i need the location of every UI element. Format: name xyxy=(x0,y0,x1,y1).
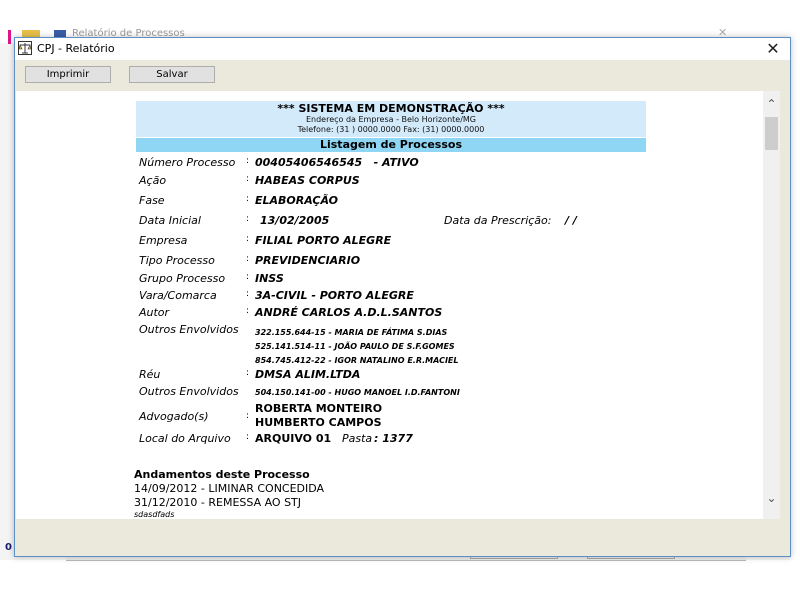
field-value-local: ARQUIVO 01 xyxy=(255,432,331,445)
lawyer-name: ROBERTA MONTEIRO xyxy=(255,402,382,416)
field-colon: : xyxy=(246,234,249,244)
field-label-prescricao: Data da Prescrição: xyxy=(444,214,552,227)
involved-party: 525.141.514-11 - JOÃO PAULO DE S.F.GOMES xyxy=(255,340,458,354)
background-marker xyxy=(8,30,11,44)
field-label-pasta: Pasta xyxy=(342,432,372,445)
field-colon: : xyxy=(246,432,249,442)
field-value-grupo: INSS xyxy=(255,272,284,285)
field-value-autor: ANDRÉ CARLOS A.D.L.SANTOS xyxy=(255,306,442,319)
field-label: Réu xyxy=(139,368,160,381)
field-colon: : xyxy=(246,411,249,421)
field-label: Ação xyxy=(139,174,166,187)
dialog-titlebar[interactable]: CPJ - Relatório ✕ xyxy=(15,38,790,60)
involved-party: 504.150.141-00 - HUGO MANOEL I.D.FANTONI xyxy=(255,388,460,397)
field-value-data-inicial: 13/02/2005 xyxy=(260,214,329,227)
field-value-outros-autor: 322.155.644-15 - MARIA DE FÁTIMA S.DIAS … xyxy=(255,326,458,368)
andamento-note: sdasdfads xyxy=(134,510,324,519)
field-value-fase: ELABORAÇÃO xyxy=(255,194,338,207)
field-label: Outros Envolvidos xyxy=(139,385,239,398)
field-row-empresa: Empresa : FILIAL PORTO ALEGRE xyxy=(136,234,646,254)
andamentos-section: Andamentos deste Processo 14/09/2012 - L… xyxy=(134,468,324,519)
field-label: Tipo Processo xyxy=(139,254,215,267)
field-value-prescricao: / / xyxy=(565,214,577,227)
field-label: Empresa xyxy=(139,234,187,247)
field-label: Advogado(s) xyxy=(139,410,209,423)
scroll-thumb[interactable] xyxy=(765,117,778,150)
field-row-advogados: Advogado(s) : ROBERTA MONTEIRO HUMBERTO … xyxy=(136,402,646,432)
report-title: *** SISTEMA EM DEMONSTRAÇÃO *** xyxy=(136,102,646,115)
print-button[interactable]: Imprimir xyxy=(25,66,111,83)
background-status: 0 xyxy=(5,542,12,553)
field-row-data-inicial: Data Inicial : 13/02/2005 Data da Prescr… xyxy=(136,214,646,234)
report-dialog: CPJ - Relatório ✕ Imprimir Salvar *** SI… xyxy=(14,37,791,557)
field-label: Local do Arquivo xyxy=(139,432,231,445)
field-colon: : xyxy=(246,368,249,378)
field-row-grupo: Grupo Processo : INSS xyxy=(136,272,646,289)
field-label: Data Inicial xyxy=(139,214,201,227)
field-row-tipo: Tipo Processo : PREVIDENCIARIO xyxy=(136,254,646,272)
process-fields: Número Processo : 00405406546545 - ATIVO… xyxy=(136,154,646,452)
field-label: Grupo Processo xyxy=(139,272,225,285)
lawyer-name: HUMBERTO CAMPOS xyxy=(255,416,382,430)
field-colon: : xyxy=(246,194,249,204)
field-label: Autor xyxy=(139,306,169,319)
involved-party: 322.155.644-15 - MARIA DE FÁTIMA S.DIAS xyxy=(255,326,458,340)
field-colon: : xyxy=(246,174,249,184)
scroll-down-icon[interactable]: ⌄ xyxy=(763,491,780,505)
field-row-reu: Réu : DMSA ALIM.LTDA xyxy=(136,368,646,385)
involved-party: 854.745.412-22 - IGOR NATALINO E.R.MACIE… xyxy=(255,354,458,368)
field-value-vara: 3A-CIVIL - PORTO ALEGRE xyxy=(255,289,414,302)
company-address: Endereço da Empresa - Belo Horizonte/MG xyxy=(136,115,646,125)
company-phone: Telefone: (31 ) 0000.0000 Fax: (31) 0000… xyxy=(136,125,646,135)
field-colon: : xyxy=(246,289,249,299)
field-row-vara: Vara/Comarca : 3A-CIVIL - PORTO ALEGRE xyxy=(136,289,646,306)
field-row-outros-autor: Outros Envolvidos 322.155.644-15 - MARIA… xyxy=(136,323,646,368)
andamento-item: 31/12/2010 - REMESSA AO STJ xyxy=(134,496,324,510)
field-value-pasta: : 1377 xyxy=(374,432,413,445)
field-row-fase: Fase : ELABORAÇÃO xyxy=(136,194,646,214)
andamento-item: 14/09/2012 - LIMINAR CONCEDIDA xyxy=(134,482,324,496)
field-row-acao: Ação : HABEAS CORPUS xyxy=(136,174,646,194)
field-value-advogados: ROBERTA MONTEIRO HUMBERTO CAMPOS xyxy=(255,402,382,430)
field-value-reu: DMSA ALIM.LTDA xyxy=(255,368,360,381)
save-button[interactable]: Salvar xyxy=(129,66,215,83)
field-value-empresa: FILIAL PORTO ALEGRE xyxy=(255,234,391,247)
field-label: Número Processo xyxy=(139,156,235,169)
field-label: Fase xyxy=(139,194,165,207)
scales-icon xyxy=(18,41,32,55)
field-row-numero: Número Processo : 00405406546545 - ATIVO xyxy=(136,156,646,176)
report-page: *** SISTEMA EM DEMONSTRAÇÃO *** Endereço… xyxy=(136,101,646,452)
close-button[interactable]: ✕ xyxy=(764,39,782,59)
field-value-numero: 00405406546545 - ATIVO xyxy=(255,156,419,169)
dialog-title: CPJ - Relatório xyxy=(37,42,115,55)
field-row-outros-reu: Outros Envolvidos 504.150.141-00 - HUGO … xyxy=(136,385,646,402)
field-colon: : xyxy=(246,214,249,224)
andamentos-title: Andamentos deste Processo xyxy=(134,468,324,482)
field-label: Vara/Comarca xyxy=(139,289,217,302)
scroll-up-icon[interactable]: ⌃ xyxy=(763,97,780,111)
field-colon: : xyxy=(246,306,249,316)
section-title: Listagem de Processos xyxy=(136,138,646,152)
field-colon: : xyxy=(246,254,249,264)
report-header: *** SISTEMA EM DEMONSTRAÇÃO *** Endereço… xyxy=(136,101,646,137)
field-row-autor: Autor : ANDRÉ CARLOS A.D.L.SANTOS xyxy=(136,306,646,323)
field-row-local: Local do Arquivo : ARQUIVO 01 Pasta : 13… xyxy=(136,432,646,452)
field-label: Outros Envolvidos xyxy=(139,323,239,336)
field-colon: : xyxy=(246,156,249,166)
report-viewport[interactable]: *** SISTEMA EM DEMONSTRAÇÃO *** Endereço… xyxy=(16,91,763,519)
field-colon: : xyxy=(246,272,249,282)
field-value-acao: HABEAS CORPUS xyxy=(255,174,360,187)
field-value-tipo: PREVIDENCIARIO xyxy=(255,254,360,267)
vertical-scrollbar[interactable]: ⌃ ⌄ xyxy=(763,91,780,519)
